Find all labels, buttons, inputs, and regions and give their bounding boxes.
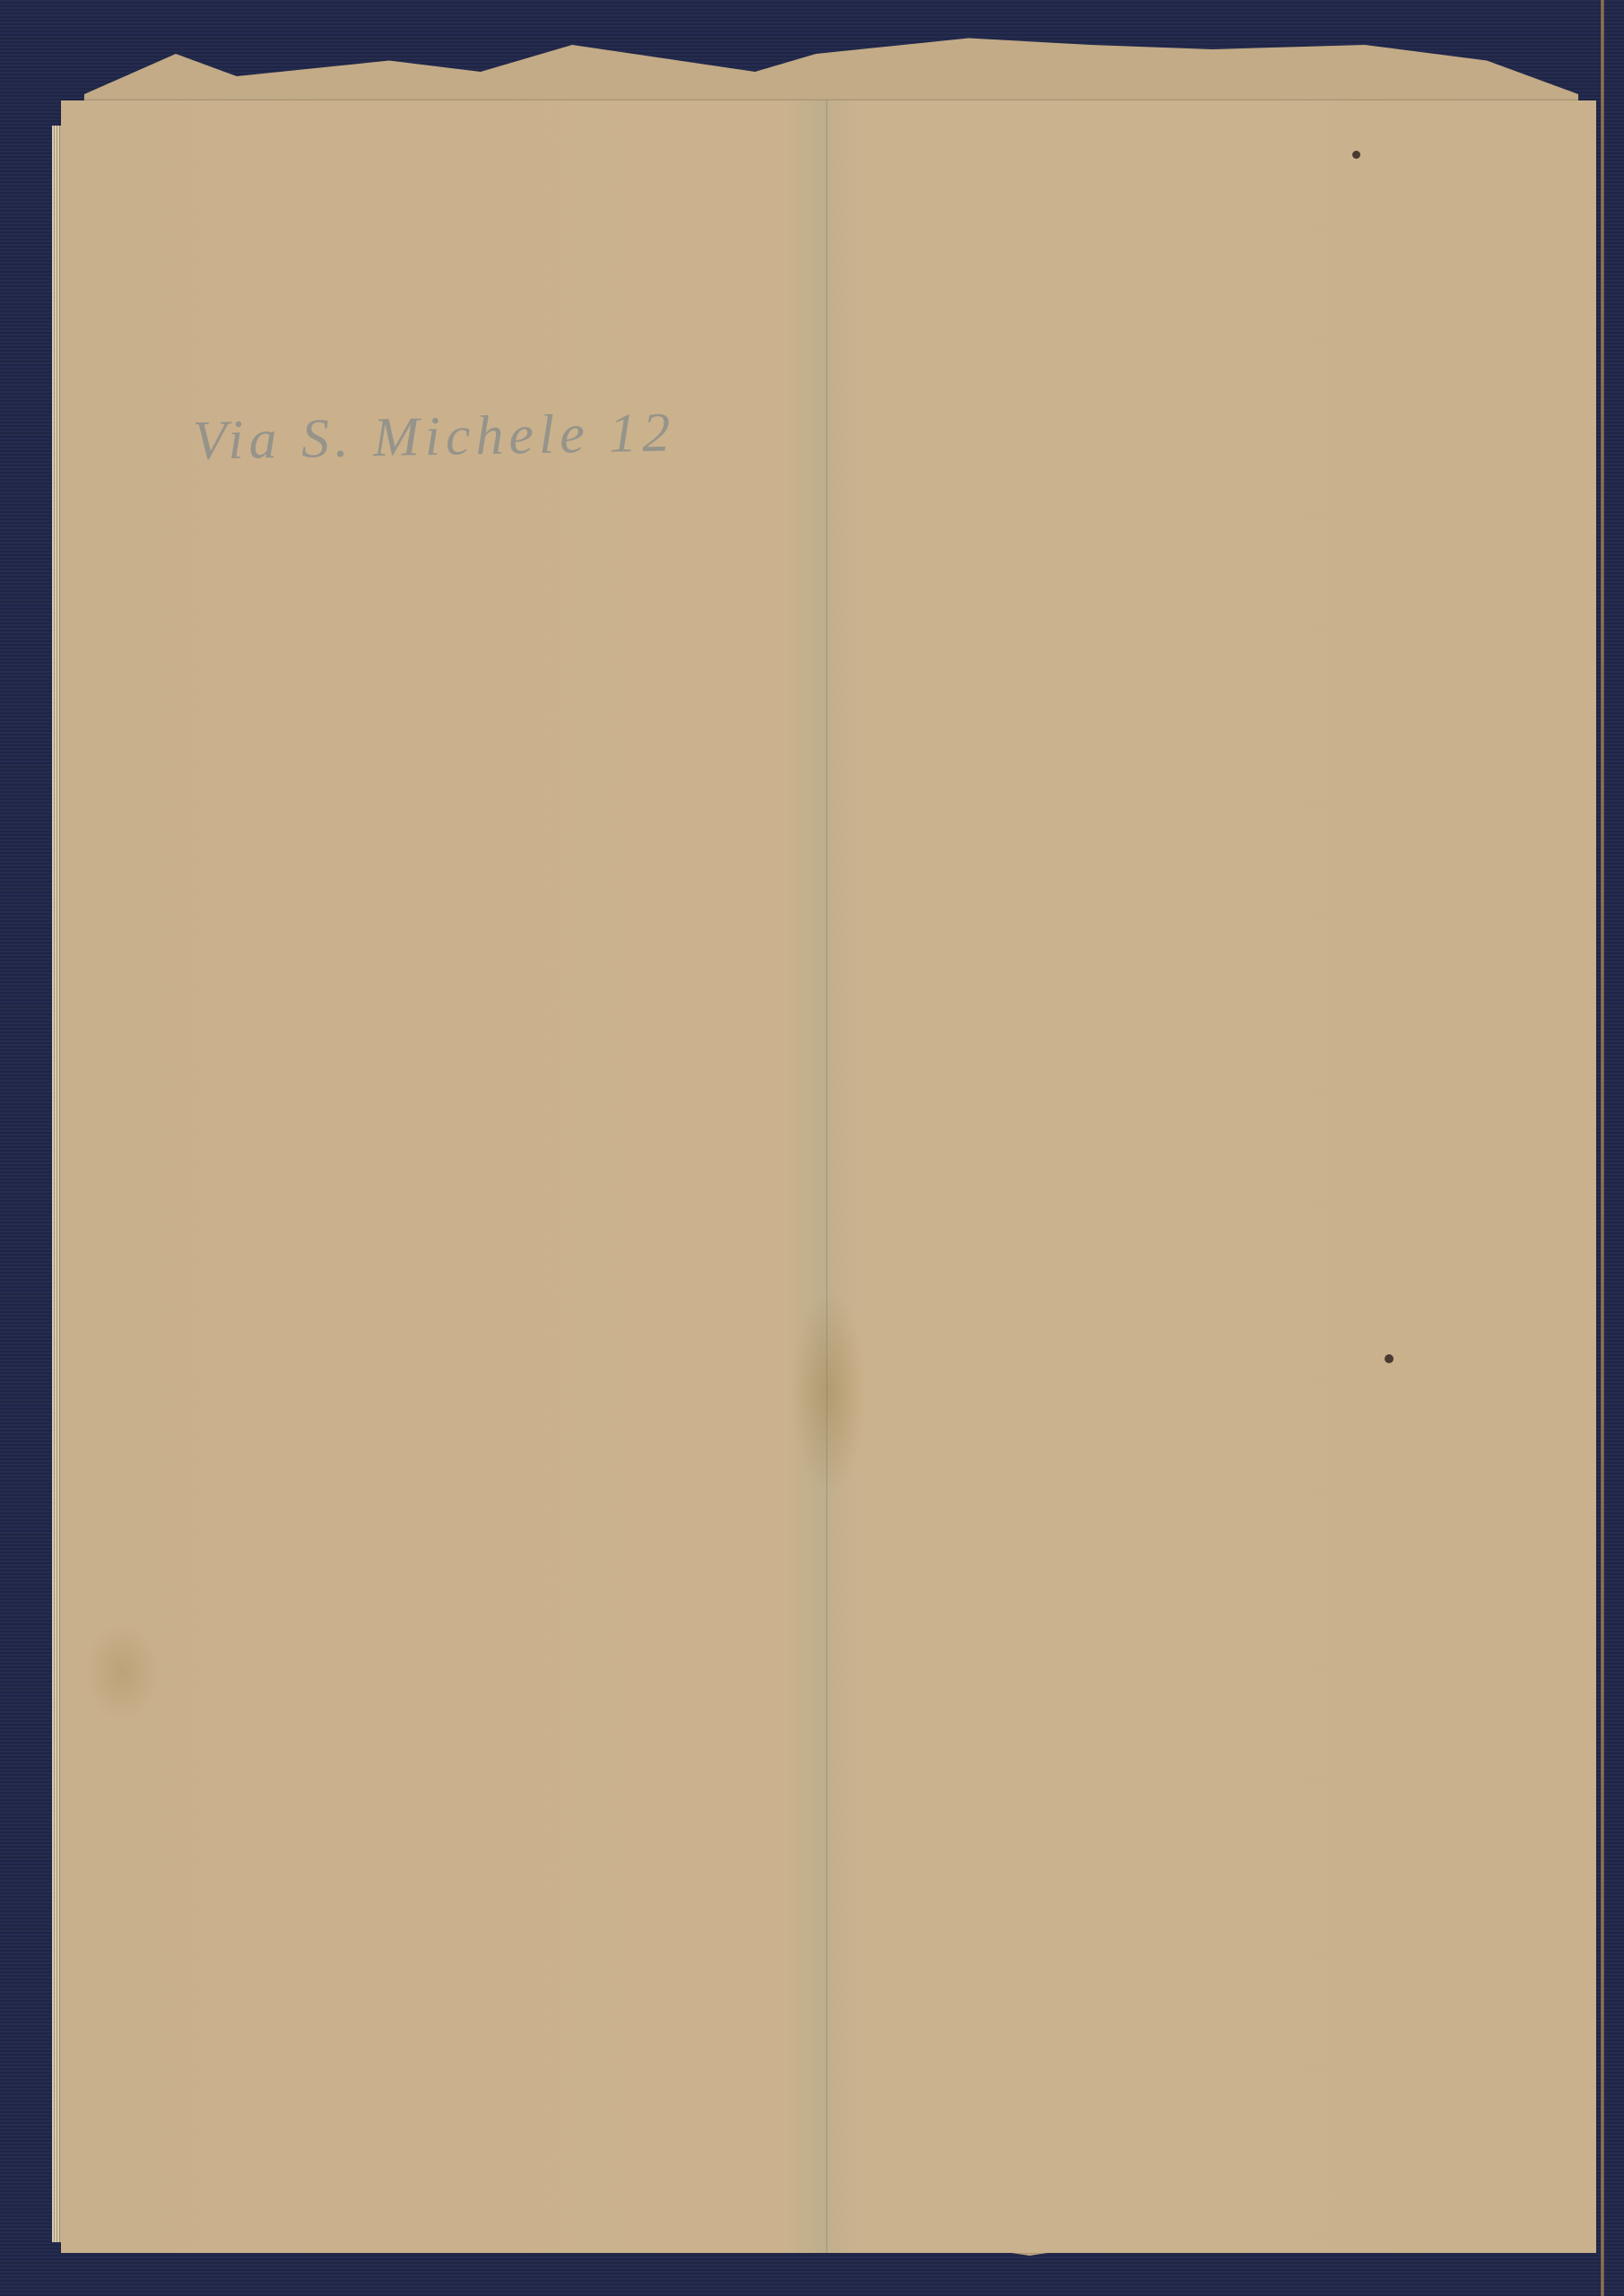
page-edges <box>52 126 61 2242</box>
ink-spot <box>1352 151 1360 159</box>
center-fold-line <box>826 100 828 2253</box>
handwritten-address-note: Via S. Michele 12 <box>192 401 675 473</box>
binding-string <box>1601 0 1604 2296</box>
ink-spot <box>1385 1354 1394 1363</box>
